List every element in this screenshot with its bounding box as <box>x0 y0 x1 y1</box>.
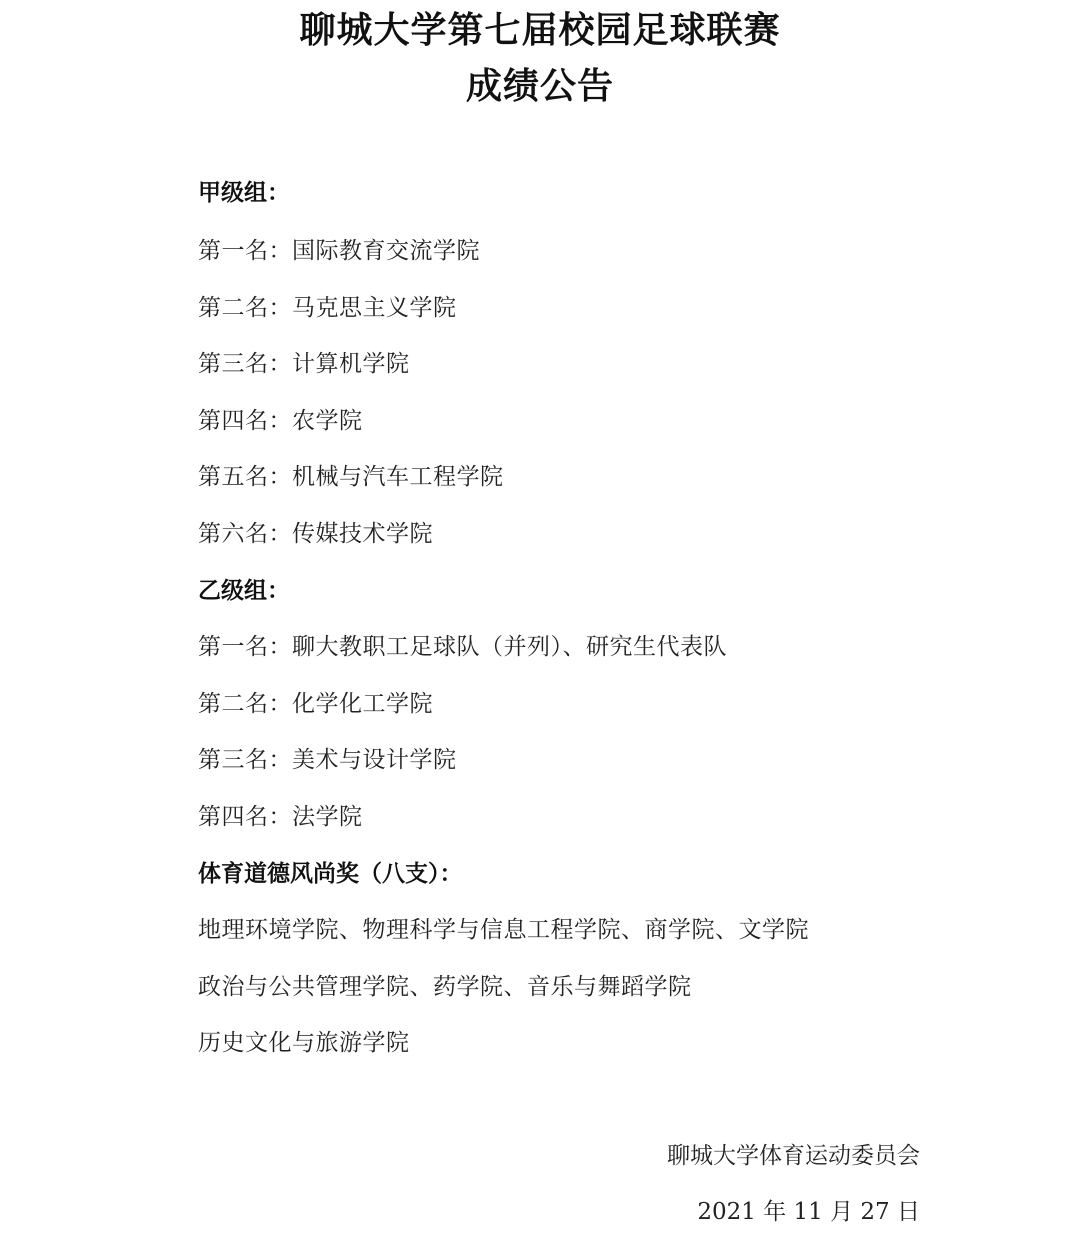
group-a-result: 第五名：机械与汽车工程学院 <box>198 458 504 491</box>
signature-date: 2021 年 11 月 27 日 <box>697 1193 920 1226</box>
document-subtitle: 成绩公告 <box>0 58 1080 109</box>
group-a-result: 第二名：马克思主义学院 <box>198 289 457 322</box>
group-a-result: 第一名：国际教育交流学院 <box>198 232 480 265</box>
award-heading: 体育道德风尚奖（八支）： <box>198 855 463 888</box>
group-b-result: 第二名：化学化工学院 <box>198 685 433 718</box>
group-b-result: 第四名：法学院 <box>198 798 363 831</box>
group-b-result: 第一名：聊大教职工足球队（并列）、研究生代表队 <box>198 628 727 661</box>
group-a-heading: 甲级组： <box>198 174 290 207</box>
document-title: 聊城大学第七届校园足球联赛 <box>0 2 1080 53</box>
signature-org: 聊城大学体育运动委员会 <box>667 1137 920 1170</box>
award-line: 政治与公共管理学院、药学院、音乐与舞蹈学院 <box>198 968 692 1001</box>
group-b-result: 第三名：美术与设计学院 <box>198 741 457 774</box>
group-a-result: 第六名：传媒技术学院 <box>198 515 433 548</box>
award-line: 历史文化与旅游学院 <box>198 1024 410 1057</box>
award-line: 地理环境学院、物理科学与信息工程学院、商学院、文学院 <box>198 911 809 944</box>
group-a-result: 第三名：计算机学院 <box>198 345 410 378</box>
group-a-result: 第四名：农学院 <box>198 402 363 435</box>
group-b-heading: 乙级组： <box>198 572 290 605</box>
